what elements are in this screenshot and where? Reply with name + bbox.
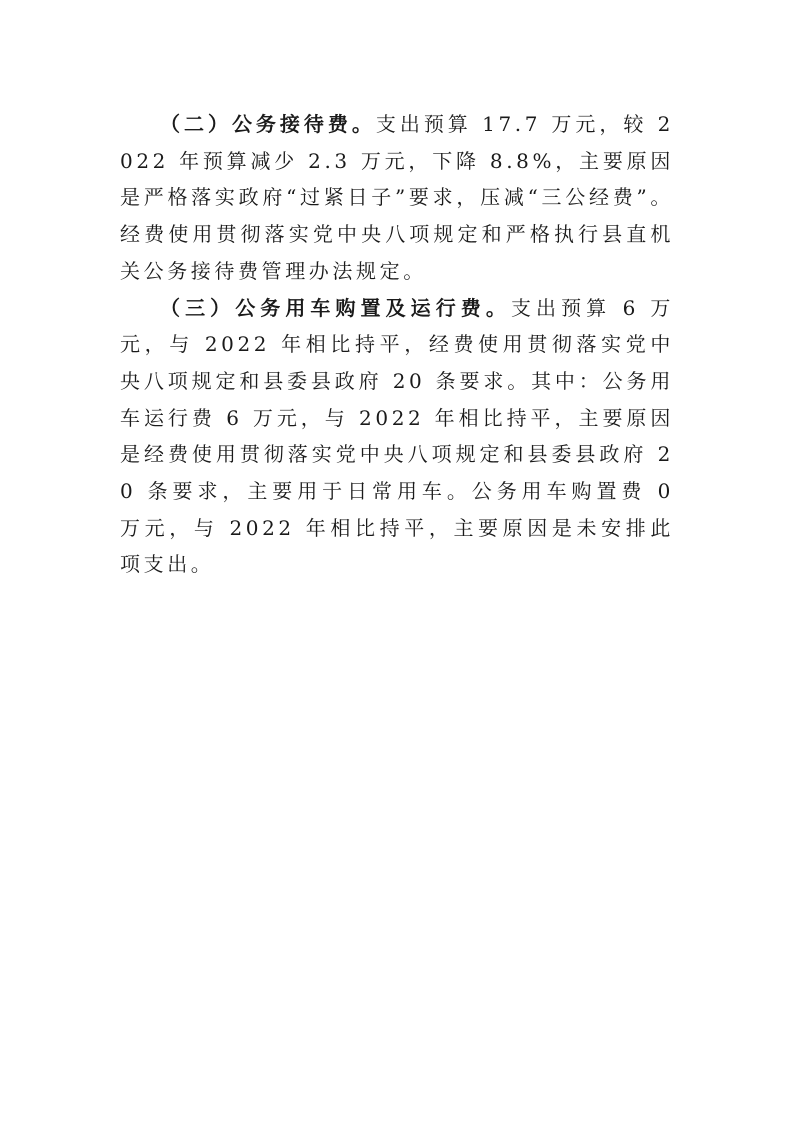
paragraph-reception-expenses: （二）公务接待费。支出预算 17.7 万元，较 2022 年预算减少 2.3 万… <box>120 106 674 290</box>
paragraph-body-reception: 支出预算 17.7 万元，较 2022 年预算减少 2.3 万元，下降 8.8%… <box>120 112 674 283</box>
paragraph-body-vehicle: 支出预算 6 万元，与 2022 年相比持平，经费使用贯彻落实党中央八项规定和县… <box>120 296 674 577</box>
document-page: （二）公务接待费。支出预算 17.7 万元，较 2022 年预算减少 2.3 万… <box>120 106 674 583</box>
paragraph-vehicle-expenses: （三）公务用车购置及运行费。支出预算 6 万元，与 2022 年相比持平，经费使… <box>120 290 674 584</box>
section-heading-reception: （二）公务接待费。 <box>160 112 376 136</box>
section-heading-vehicle: （三）公务用车购置及运行费。 <box>160 296 511 320</box>
